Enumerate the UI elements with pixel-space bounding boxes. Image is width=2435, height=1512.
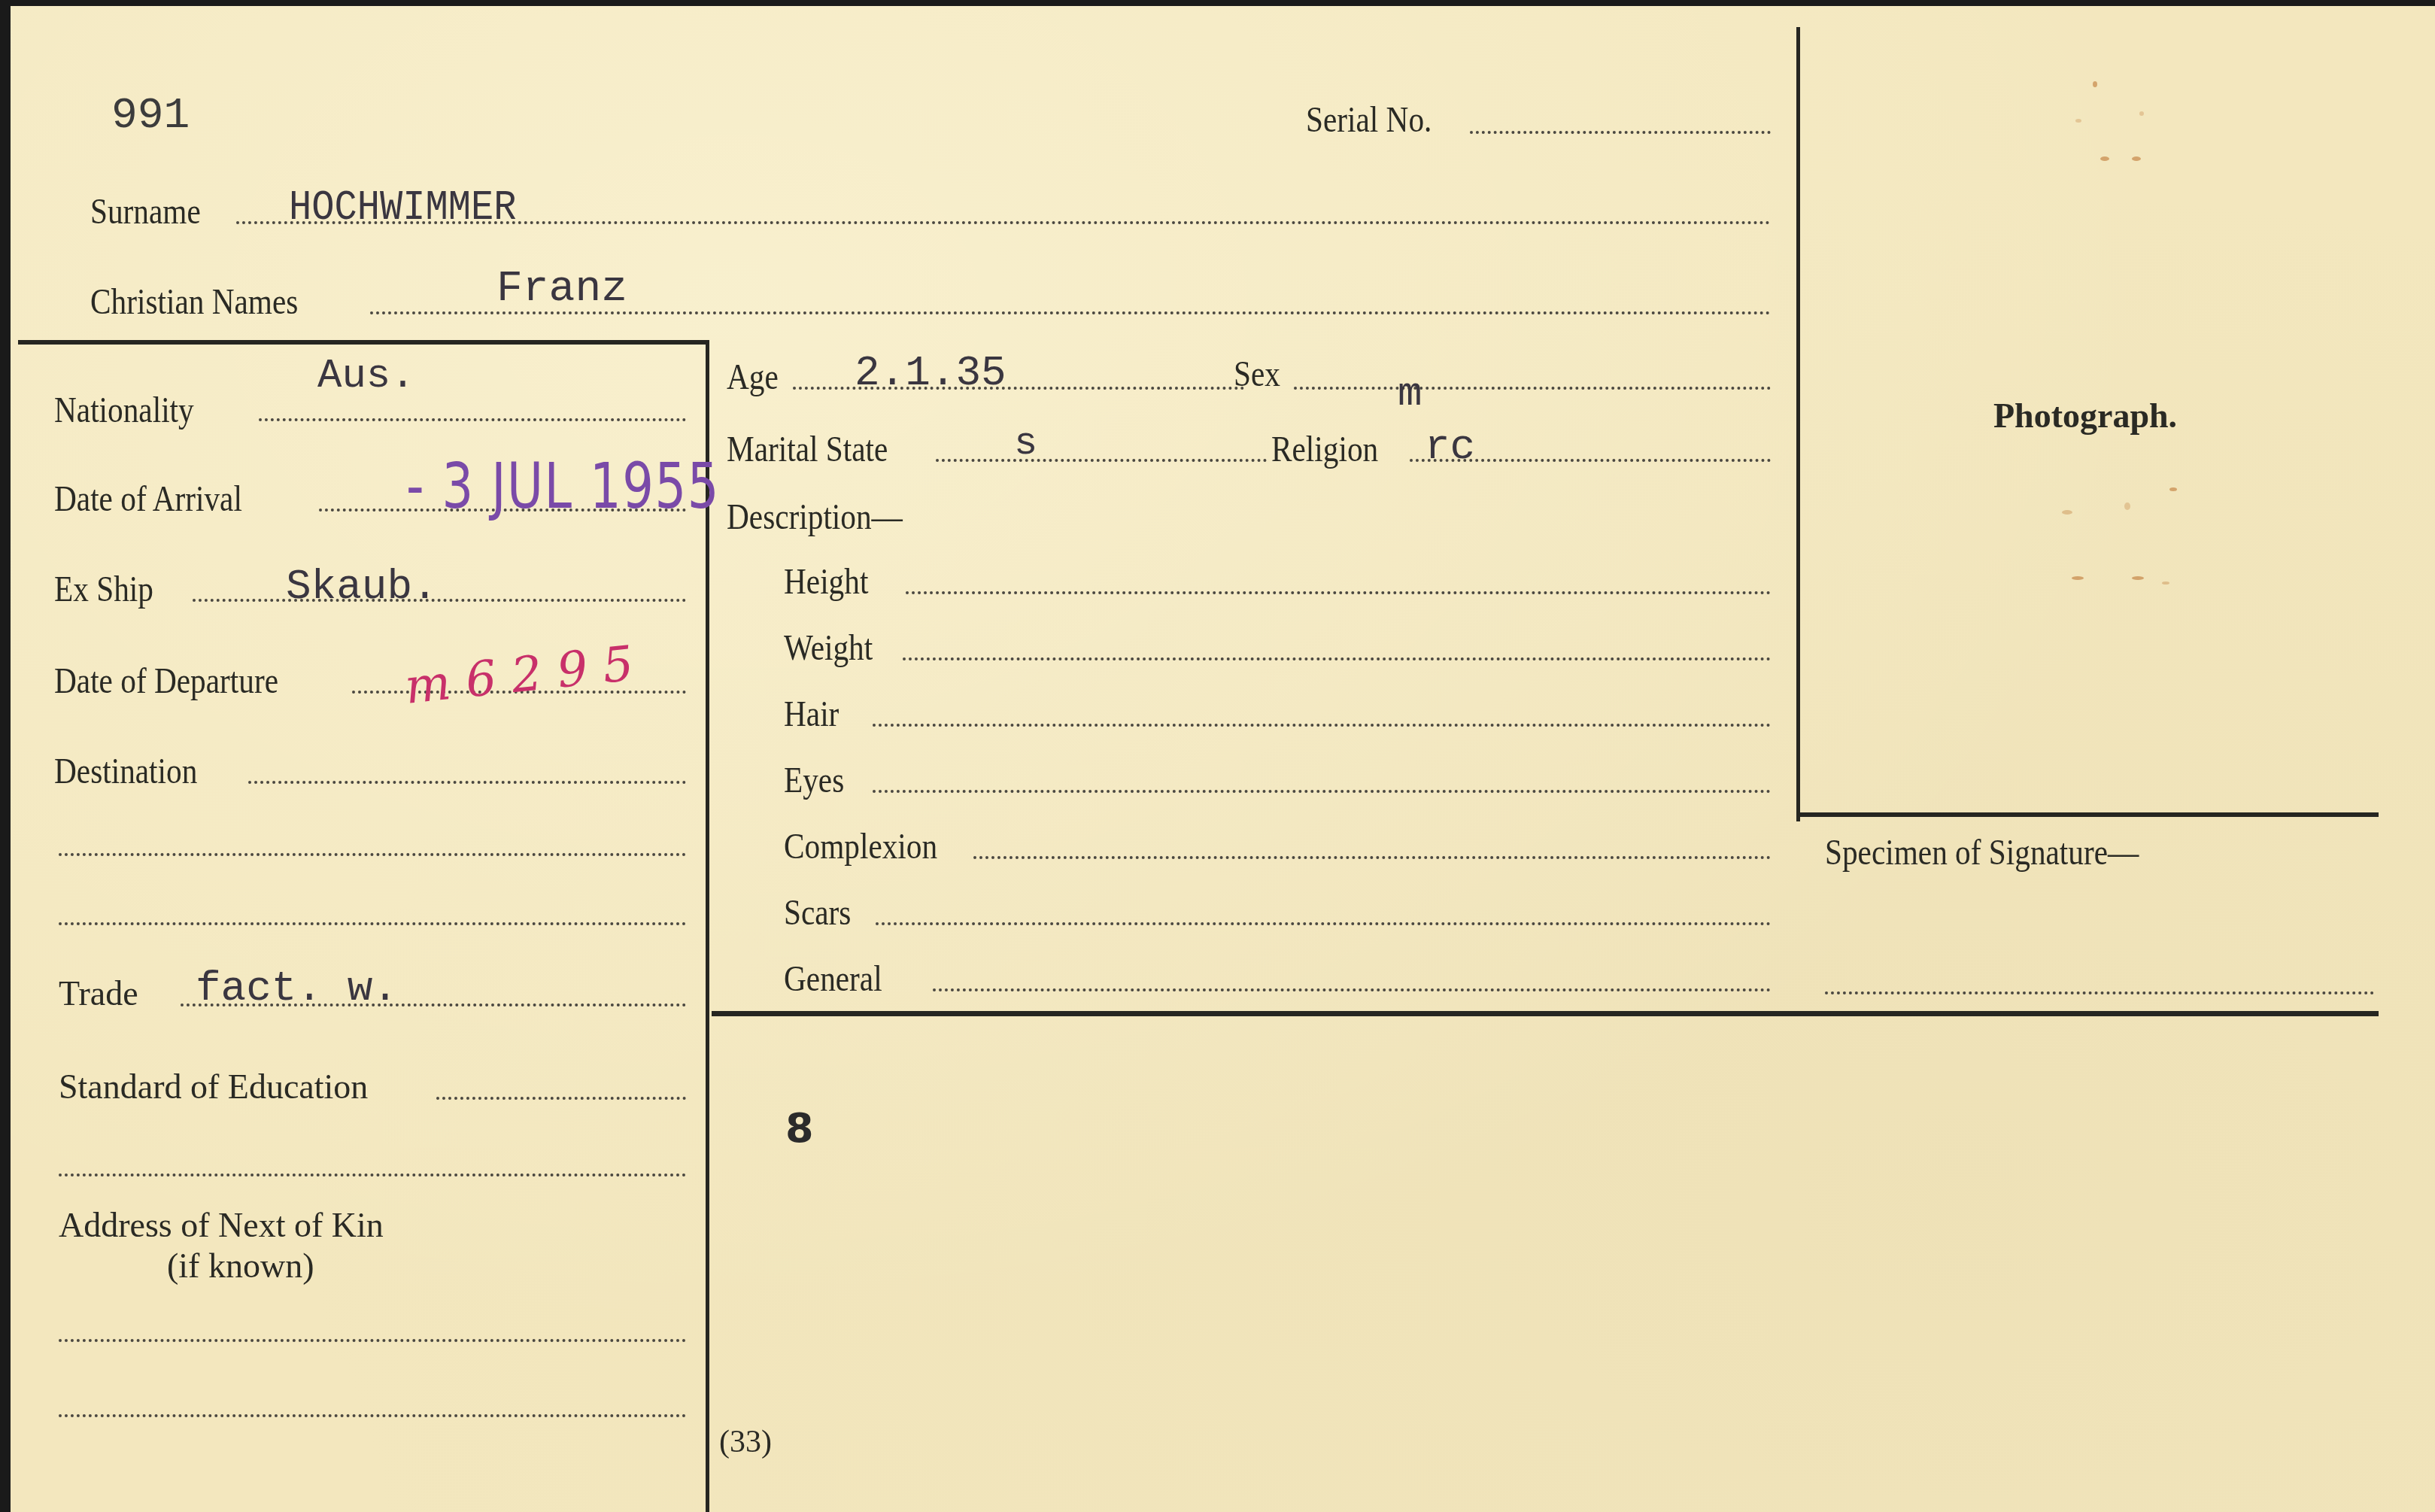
photograph-box-left-edge: [1796, 27, 1800, 821]
divider-top-left: [18, 340, 707, 345]
serial-no-label: Serial No.: [1306, 102, 1432, 138]
general-label: General: [784, 961, 882, 997]
height-field[interactable]: [906, 591, 1771, 594]
marital-state-value: s: [1014, 424, 1037, 463]
nationality-value: Aus.: [317, 357, 415, 397]
date-of-departure-label: Date of Departure: [54, 663, 278, 700]
age-label: Age: [727, 360, 779, 396]
signature-label: Specimen of Signature—: [1825, 835, 2139, 871]
address-next-of-kin-field-line-2[interactable]: [59, 1414, 686, 1417]
ex-ship-value: Skaub.: [286, 566, 438, 608]
trade-value: fact. w.: [196, 967, 398, 1010]
complexion-label: Complexion: [784, 829, 937, 865]
christian-names-label: Christian Names: [90, 284, 298, 320]
destination-field[interactable]: [248, 781, 686, 784]
ex-ship-label: Ex Ship: [54, 572, 153, 608]
nationality-label: Nationality: [54, 393, 194, 429]
nationality-field[interactable]: [259, 418, 686, 421]
departure-handwritten-note: m 6 2 9 5: [402, 639, 636, 712]
surname-label: Surname: [90, 194, 201, 230]
destination-field-line-2[interactable]: [59, 853, 686, 856]
standard-of-education-field[interactable]: [436, 1097, 686, 1100]
serial-no-field[interactable]: [1470, 131, 1771, 134]
marital-state-label: Marital State: [727, 432, 888, 468]
description-label: Description—: [727, 499, 903, 536]
arrival-date-stamp: - 3 JUL 1955: [406, 454, 720, 518]
complexion-field[interactable]: [973, 856, 1771, 859]
destination-field-line-3[interactable]: [59, 922, 686, 925]
hair-label: Hair: [784, 697, 839, 733]
divider-bottom-right: [712, 1011, 2379, 1016]
age-value: 2.1.35: [855, 352, 1006, 394]
photograph-area: [1801, 32, 2377, 811]
address-next-of-kin-sublabel: (if known): [167, 1249, 314, 1283]
height-label: Height: [784, 564, 868, 600]
address-next-of-kin-label: Address of Next of Kin: [59, 1208, 384, 1243]
corner-mark: 8: [785, 1104, 814, 1152]
signature-field[interactable]: [1825, 991, 2374, 994]
eyes-label: Eyes: [784, 763, 844, 799]
sex-field[interactable]: [1294, 387, 1771, 390]
date-of-arrival-label: Date of Arrival: [54, 481, 242, 518]
eyes-field[interactable]: [873, 790, 1771, 793]
religion-value: rc: [1425, 426, 1475, 468]
sex-value: m: [1398, 375, 1422, 415]
scars-field[interactable]: [876, 922, 1771, 925]
photograph-box-bottom-edge: [1796, 812, 2379, 817]
marital-state-field[interactable]: [936, 459, 1267, 462]
destination-label: Destination: [54, 754, 197, 790]
ex-ship-field[interactable]: [193, 599, 686, 602]
scars-label: Scars: [784, 895, 851, 931]
sex-label: Sex: [1234, 357, 1280, 393]
surname-value: HOCHWIMMER: [289, 187, 516, 229]
standard-of-education-label: Standard of Education: [59, 1070, 368, 1104]
registration-card: 991 Serial No. Surname HOCHWIMMER Christ…: [11, 6, 2435, 1512]
religion-label: Religion: [1271, 432, 1378, 468]
christian-names-value: Franz: [496, 268, 627, 311]
general-field[interactable]: [933, 988, 1771, 991]
trade-label: Trade: [59, 976, 138, 1011]
standard-of-education-field-line-2[interactable]: [59, 1173, 686, 1177]
hair-field[interactable]: [873, 724, 1771, 727]
address-next-of-kin-field[interactable]: [59, 1339, 686, 1342]
form-number: (33): [719, 1426, 772, 1458]
weight-field[interactable]: [903, 657, 1771, 660]
card-number: 991: [111, 95, 190, 138]
weight-label: Weight: [784, 630, 873, 666]
